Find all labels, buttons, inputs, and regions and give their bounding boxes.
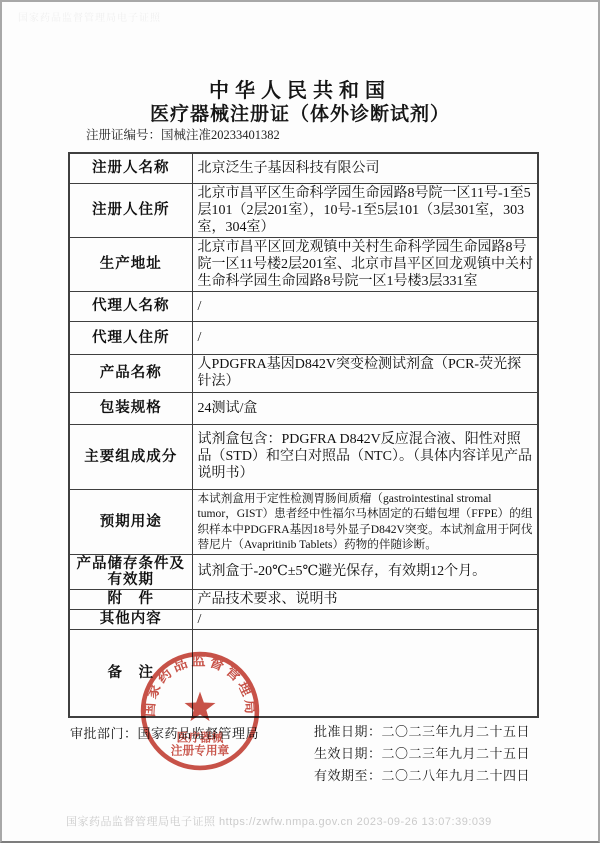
row-registrant-address: 注册人住所 北京市昌平区生命科学园生命园路8号院一区11号-1至5层101（2层… — [69, 183, 538, 237]
top-watermark: 国家药品监督管理局电子证照 — [18, 9, 161, 24]
field-label: 代理人名称 — [69, 291, 192, 321]
field-value: 北京市昌平区回龙观镇中关村生命科学园生命园路8号院一区11号楼2层201室、北京… — [192, 237, 538, 291]
field-value: 24测试/盒 — [192, 392, 538, 424]
effective-date-value: 二〇二三年九月二十五日 — [382, 746, 531, 761]
expiry-date-value: 二〇二八年九月二十四日 — [382, 768, 531, 783]
expiry-date-line: 有效期至：二〇二八年九月二十四日 — [314, 765, 530, 787]
row-intended-use: 预期用途 本试剂盒用于定性检测胃肠间质瘤（gastrointestinal st… — [69, 489, 538, 554]
official-seal: 国家药品监督管理局 医疗器械 注册专用章 — [139, 650, 261, 772]
field-value: 产品技术要求、说明书 — [192, 589, 538, 609]
certificate-dates: 批准日期：二〇二三年九月二十五日 生效日期：二〇二三年九月二十五日 有效期至：二… — [314, 721, 530, 787]
field-value: 本试剂盒用于定性检测胃肠间质瘤（gastrointestinal stromal… — [192, 489, 538, 554]
field-value: 试剂盒于-20℃±5℃避光保存，有效期12个月。 — [192, 554, 538, 589]
star-icon — [185, 692, 216, 721]
approval-department-label: 审批部门： — [70, 726, 138, 741]
registration-number: 注册证编号：国械注准20233401382 — [86, 125, 280, 143]
row-attachments: 附 件 产品技术要求、说明书 — [69, 589, 538, 609]
field-label: 附 件 — [69, 589, 192, 609]
field-label: 主要组成成分 — [69, 424, 192, 489]
field-value: 北京市昌平区生命科学园生命园路8号院一区11号-1至5层101（2层201室），… — [192, 183, 538, 237]
certificate-page: 国家药品监督管理局电子证照 中华人民共和国 医疗器械注册证（体外诊断试剂） 注册… — [0, 0, 600, 843]
effective-date-label: 生效日期： — [314, 746, 382, 761]
field-label: 注册人住所 — [69, 183, 192, 237]
expiry-date-label: 有效期至： — [314, 768, 382, 783]
approval-date-value: 二〇二三年九月二十五日 — [382, 724, 531, 739]
field-value: 试剂盒包含：PDGFRA D842V反应混合液、阳性对照品（STD）和空白对照品… — [192, 424, 538, 489]
effective-date-line: 生效日期：二〇二三年九月二十五日 — [314, 743, 530, 765]
approval-date-label: 批准日期： — [314, 724, 382, 739]
field-label: 预期用途 — [69, 489, 192, 554]
row-product-name: 产品名称 人PDGFRA基因D842V突变检测试剂盒（PCR-荧光探针法） — [69, 354, 538, 392]
certificate-table: 注册人名称 北京泛生子基因科技有限公司 注册人住所 北京市昌平区生命科学园生命园… — [68, 152, 539, 718]
row-registrant-name: 注册人名称 北京泛生子基因科技有限公司 — [69, 153, 538, 183]
field-value: / — [192, 609, 538, 629]
row-storage-validity: 产品储存条件及有效期 试剂盒于-20℃±5℃避光保存，有效期12个月。 — [69, 554, 538, 589]
field-label: 生产地址 — [69, 237, 192, 291]
field-label: 代理人住所 — [69, 321, 192, 354]
field-label: 产品储存条件及有效期 — [69, 554, 192, 589]
row-package-spec: 包装规格 24测试/盒 — [69, 392, 538, 424]
field-value: 北京泛生子基因科技有限公司 — [192, 153, 538, 183]
seal-center-line2: 注册专用章 — [171, 744, 230, 758]
field-value: / — [192, 321, 538, 354]
field-label: 包装规格 — [69, 392, 192, 424]
field-label: 产品名称 — [69, 354, 192, 392]
row-agent-name: 代理人名称 / — [69, 291, 538, 321]
certificate-title-type: 医疗器械注册证（体外诊断试剂） — [2, 99, 598, 126]
field-value: / — [192, 291, 538, 321]
field-label: 注册人名称 — [69, 153, 192, 183]
approval-date-line: 批准日期：二〇二三年九月二十五日 — [314, 721, 530, 743]
field-value: 人PDGFRA基因D842V突变检测试剂盒（PCR-荧光探针法） — [192, 354, 538, 392]
row-agent-address: 代理人住所 / — [69, 321, 538, 354]
row-production-address: 生产地址 北京市昌平区回龙观镇中关村生命科学园生命园路8号院一区11号楼2层20… — [69, 237, 538, 291]
field-label: 其他内容 — [69, 609, 192, 629]
bottom-watermark: 国家药品监督管理局电子证照 https://zwfw.nmpa.gov.cn 2… — [66, 813, 546, 829]
seal-center-line1: 医疗器械 — [177, 731, 224, 745]
row-other-content: 其他内容 / — [69, 609, 538, 629]
row-main-components: 主要组成成分 试剂盒包含：PDGFRA D842V反应混合液、阳性对照品（STD… — [69, 424, 538, 489]
